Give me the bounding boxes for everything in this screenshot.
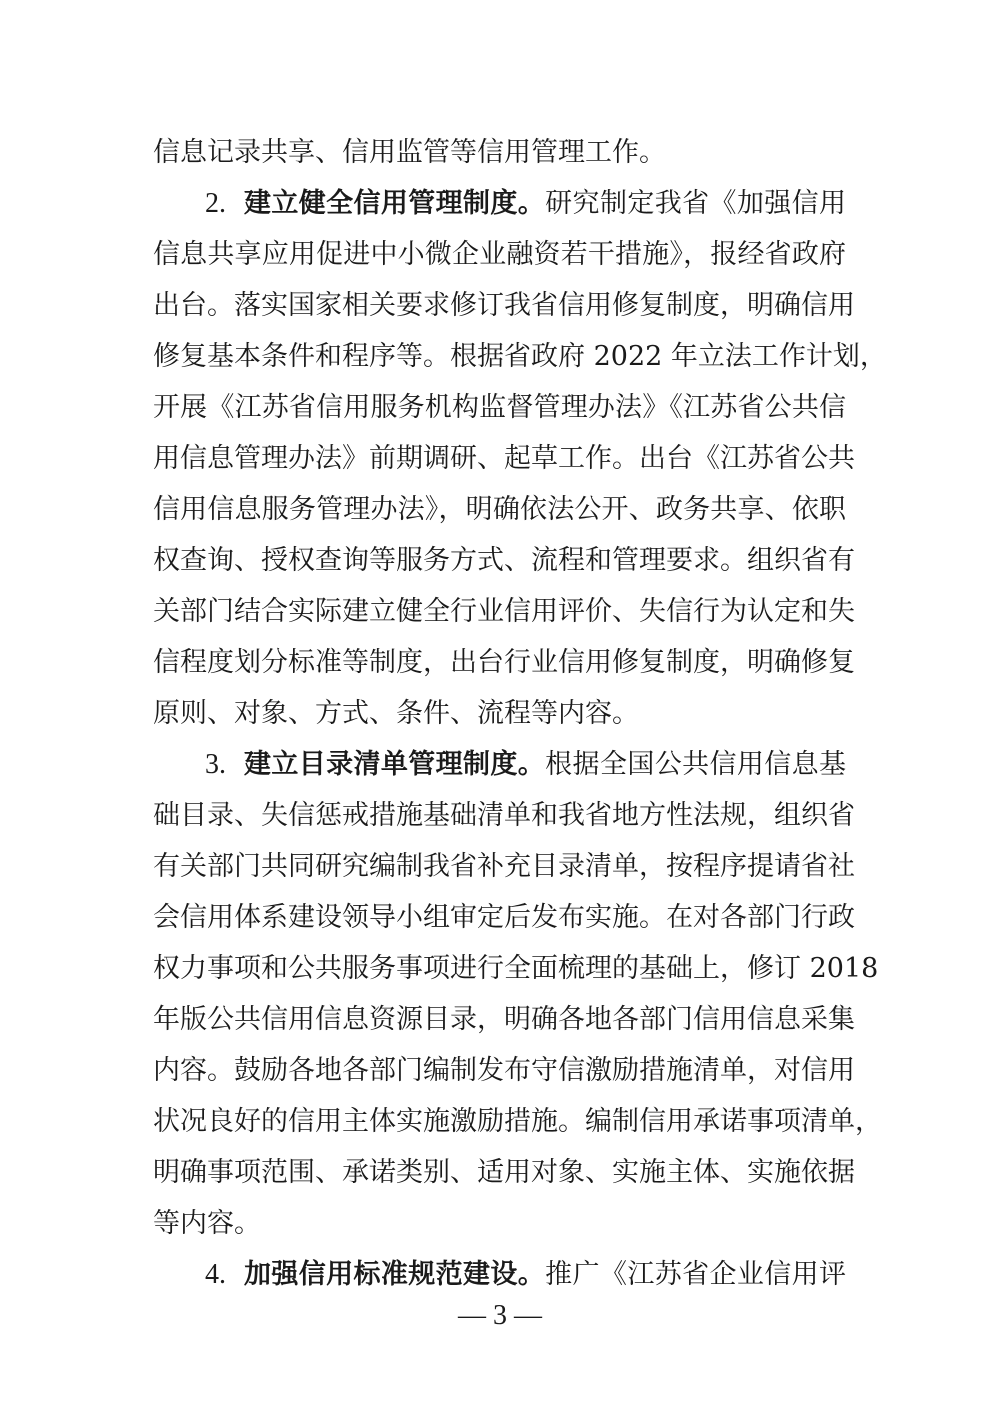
page-number: — 3 — bbox=[0, 1300, 1000, 1332]
line-text: 推广《江苏省企业信用评 bbox=[545, 1259, 846, 1290]
line-text: 状况良好的信用主体实施激励措施。编制信用承诺事项清单， bbox=[153, 1106, 882, 1137]
section-heading-line: 3. 建立目录清单管理制度。根据全国公共信用信息基 bbox=[205, 745, 846, 785]
section-heading: 加强信用标准规范建设。 bbox=[244, 1259, 545, 1290]
line-text: 出台。落实国家相关要求修订我省信用修复制度，明确信用 bbox=[153, 290, 855, 321]
section-number: 4. bbox=[205, 1259, 226, 1290]
line-text: 根据全国公共信用信息基 bbox=[545, 749, 846, 780]
paragraph-line: 信用信息服务管理办法》，明确依法公开、政务共享、依职 bbox=[153, 490, 846, 530]
line-text: 研究制定我省《加强信用 bbox=[545, 188, 846, 219]
paragraph-line: 信息共享应用促进中小微企业融资若干措施》，报经省政府 bbox=[153, 235, 846, 275]
paragraph-line: 明确事项范围、承诺类别、适用对象、实施主体、实施依据 bbox=[153, 1153, 846, 1193]
line-text: 权力事项和公共服务事项进行全面梳理的基础上，修订 2018 bbox=[153, 953, 878, 984]
paragraph-line: 信息记录共享、信用监管等信用管理工作。 bbox=[153, 133, 846, 173]
paragraph-line: 会信用体系建设领导小组审定后发布实施。在对各部门行政 bbox=[153, 898, 846, 938]
line-text: 会信用体系建设领导小组审定后发布实施。在对各部门行政 bbox=[153, 902, 855, 933]
paragraph-line: 年版公共信用信息资源目录，明确各地各部门信用信息采集 bbox=[153, 1000, 846, 1040]
section-heading: 建立健全信用管理制度。 bbox=[244, 188, 545, 219]
line-text: 原则、对象、方式、条件、流程等内容。 bbox=[153, 698, 639, 729]
line-text: 信息共享应用促进中小微企业融资若干措施》，报经省政府 bbox=[153, 239, 846, 270]
line-text: 信息记录共享、信用监管等信用管理工作。 bbox=[153, 137, 666, 168]
paragraph-line: 础目录、失信惩戒措施基础清单和我省地方性法规，组织省 bbox=[153, 796, 846, 836]
paragraph-line: 权力事项和公共服务事项进行全面梳理的基础上，修订 2018 bbox=[153, 949, 846, 989]
paragraph-line: 有关部门共同研究编制我省补充目录清单，按程序提请省社 bbox=[153, 847, 846, 887]
line-text: 用信息管理办法》前期调研、起草工作。出台《江苏省公共 bbox=[153, 443, 855, 474]
line-text: 信用信息服务管理办法》，明确依法公开、政务共享、依职 bbox=[153, 494, 846, 525]
paragraph-line: 内容。鼓励各地各部门编制发布守信激励措施清单，对信用 bbox=[153, 1051, 846, 1091]
line-text: 权查询、授权查询等服务方式、流程和管理要求。组织省有 bbox=[153, 545, 855, 576]
line-text: 内容。鼓励各地各部门编制发布守信激励措施清单，对信用 bbox=[153, 1055, 855, 1086]
line-text: 等内容。 bbox=[153, 1208, 261, 1239]
line-text: 开展《江苏省信用服务机构监督管理办法》《江苏省公共信 bbox=[153, 392, 846, 423]
section-number: 2. bbox=[205, 188, 226, 219]
line-text: 础目录、失信惩戒措施基础清单和我省地方性法规，组织省 bbox=[153, 800, 855, 831]
section-number: 3. bbox=[205, 749, 226, 780]
line-text: 修复基本条件和程序等。根据省政府 2022 年立法工作计划， bbox=[153, 341, 887, 372]
line-text: 信程度划分标准等制度，出台行业信用修复制度，明确修复 bbox=[153, 647, 855, 678]
line-text: 有关部门共同研究编制我省补充目录清单，按程序提请省社 bbox=[153, 851, 855, 882]
paragraph-line: 信程度划分标准等制度，出台行业信用修复制度，明确修复 bbox=[153, 643, 846, 683]
paragraph-line: 修复基本条件和程序等。根据省政府 2022 年立法工作计划， bbox=[153, 337, 846, 377]
paragraph-line: 关部门结合实际建立健全行业信用评价、失信行为认定和失 bbox=[153, 592, 846, 632]
paragraph-line: 权查询、授权查询等服务方式、流程和管理要求。组织省有 bbox=[153, 541, 846, 581]
paragraph-line: 等内容。 bbox=[153, 1204, 846, 1244]
line-text: 明确事项范围、承诺类别、适用对象、实施主体、实施依据 bbox=[153, 1157, 855, 1188]
section-heading-line: 2. 建立健全信用管理制度。研究制定我省《加强信用 bbox=[205, 184, 846, 224]
section-heading: 建立目录清单管理制度。 bbox=[244, 749, 545, 780]
line-text: 年版公共信用信息资源目录，明确各地各部门信用信息采集 bbox=[153, 1004, 855, 1035]
section-heading-line: 4. 加强信用标准规范建设。推广《江苏省企业信用评 bbox=[205, 1255, 846, 1295]
document-page: 信息记录共享、信用监管等信用管理工作。 2. 建立健全信用管理制度。研究制定我省… bbox=[0, 0, 1000, 1414]
paragraph-line: 状况良好的信用主体实施激励措施。编制信用承诺事项清单， bbox=[153, 1102, 846, 1142]
paragraph-line: 开展《江苏省信用服务机构监督管理办法》《江苏省公共信 bbox=[153, 388, 846, 428]
paragraph-line: 用信息管理办法》前期调研、起草工作。出台《江苏省公共 bbox=[153, 439, 846, 479]
paragraph-line: 出台。落实国家相关要求修订我省信用修复制度，明确信用 bbox=[153, 286, 846, 326]
paragraph-line: 原则、对象、方式、条件、流程等内容。 bbox=[153, 694, 846, 734]
line-text: 关部门结合实际建立健全行业信用评价、失信行为认定和失 bbox=[153, 596, 855, 627]
